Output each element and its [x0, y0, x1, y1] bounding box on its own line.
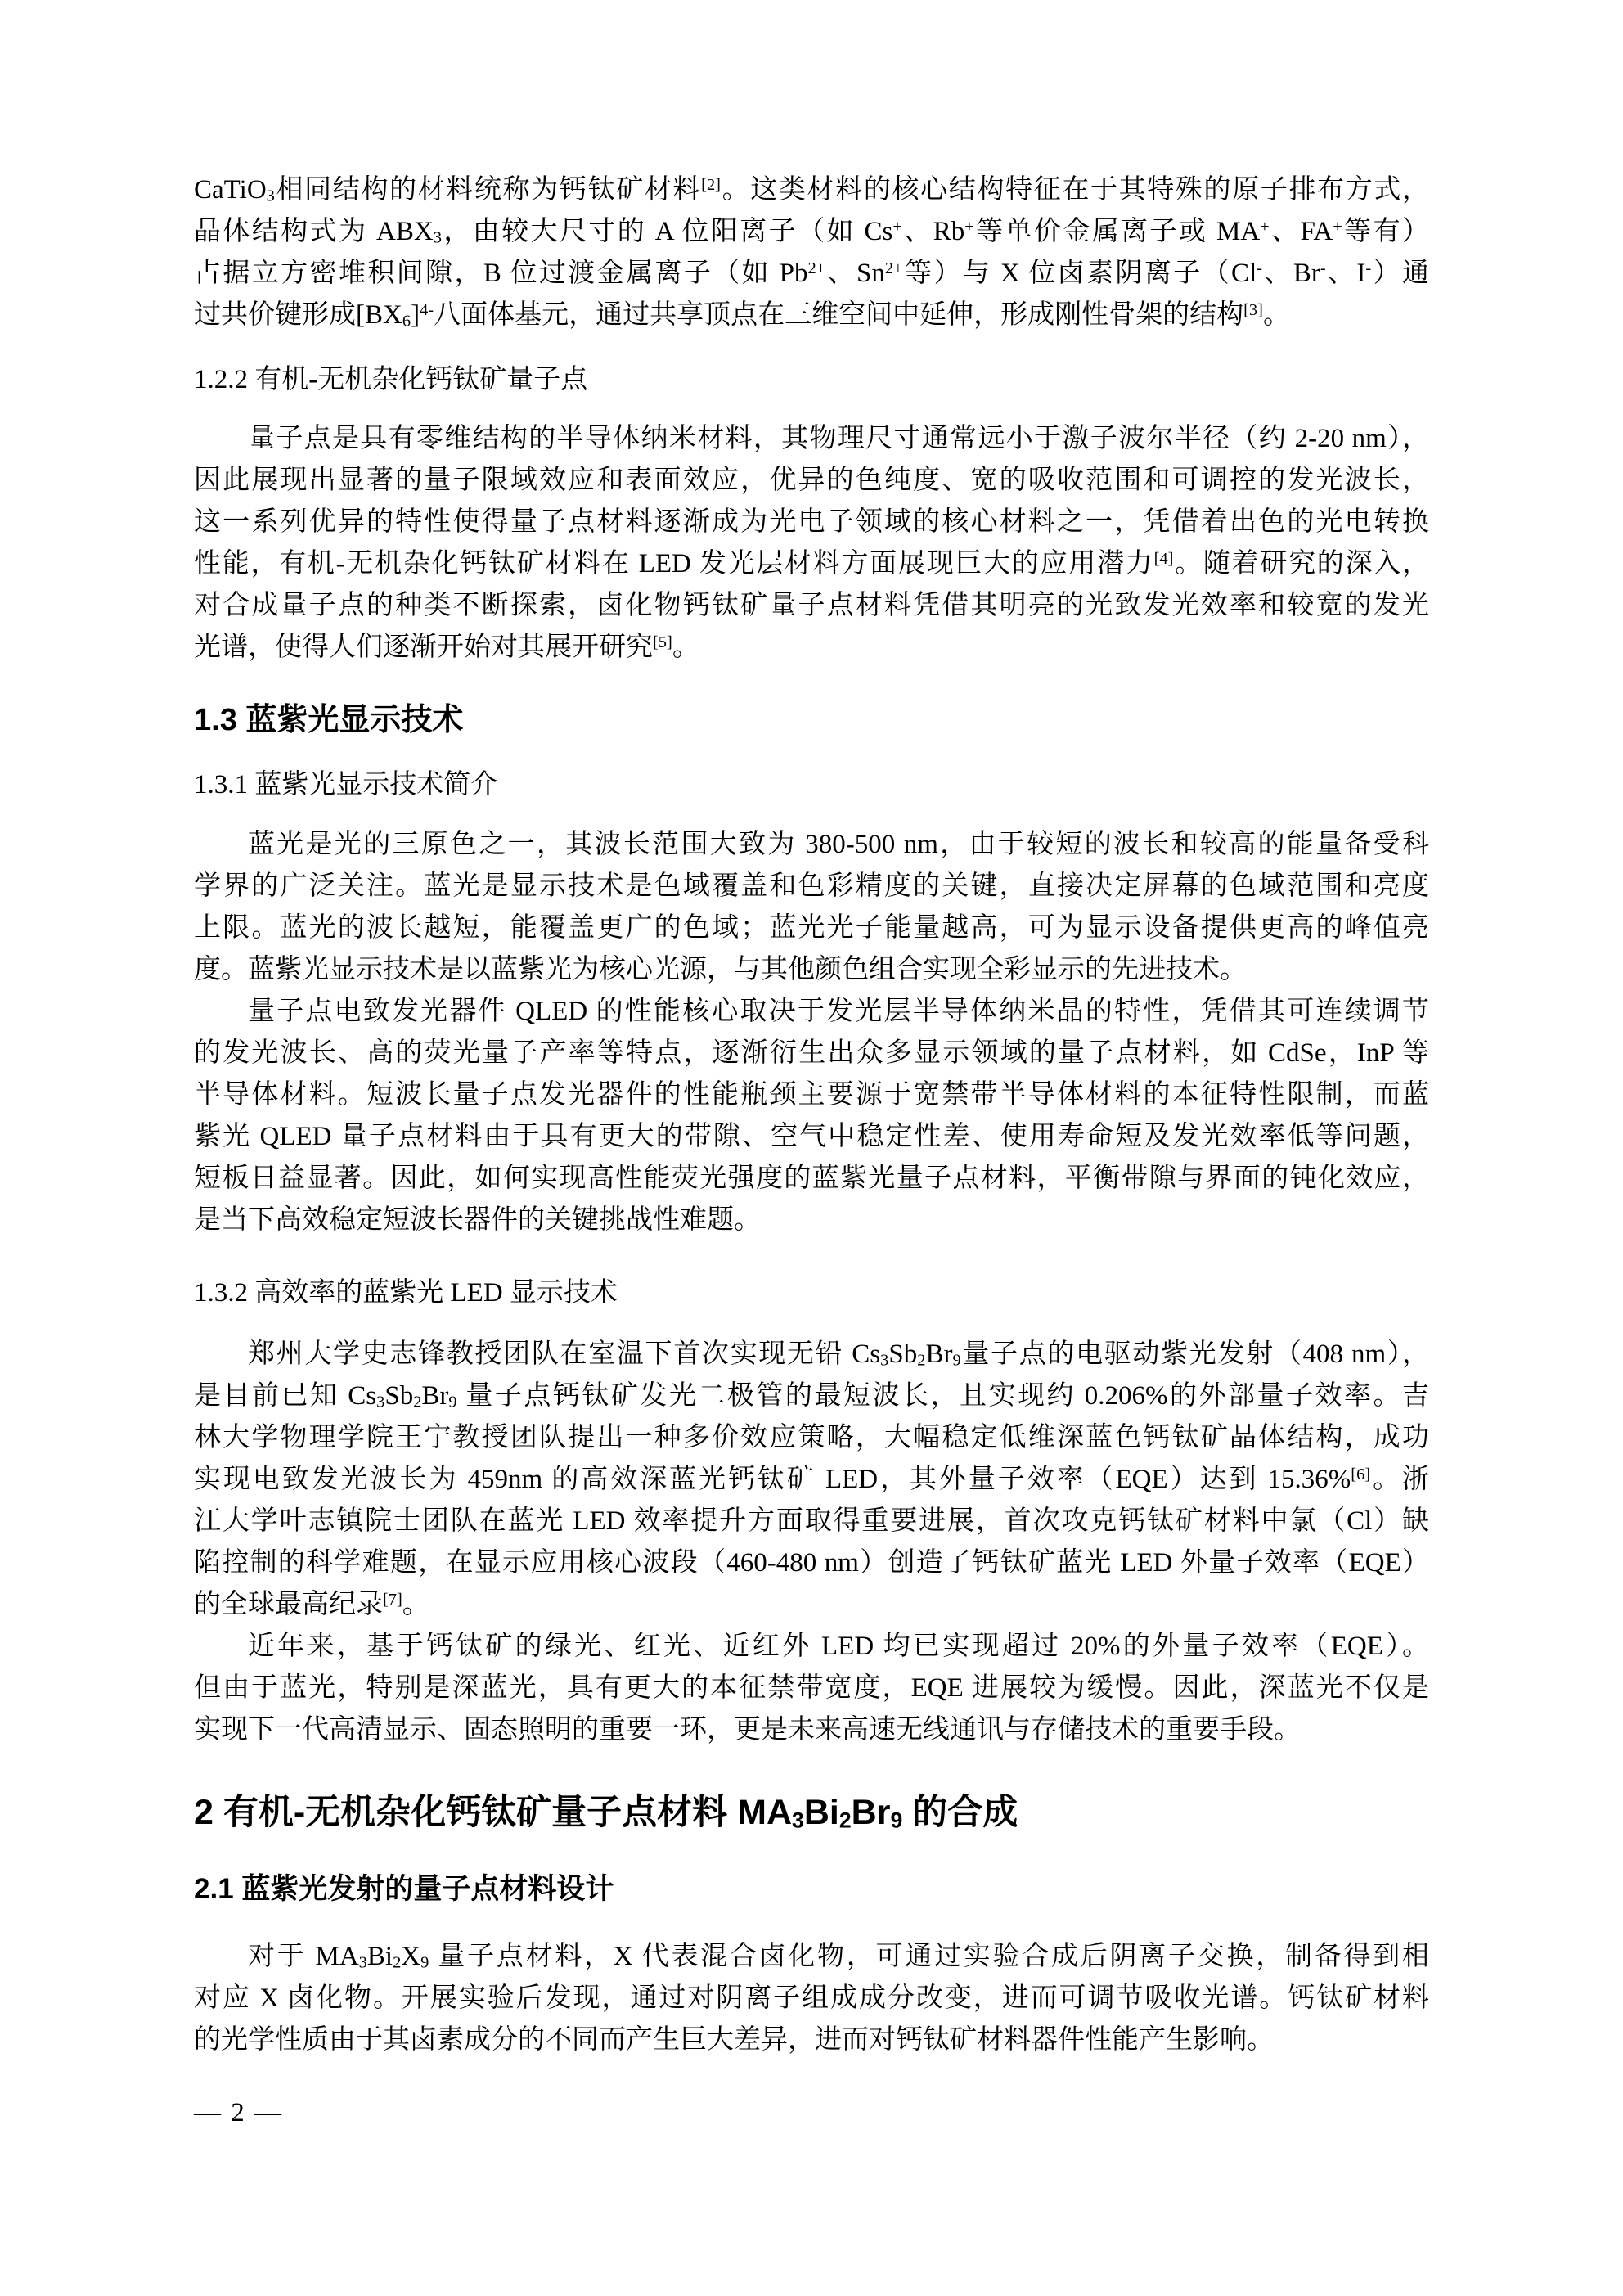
heading-1-2-2: 1.2.2 有机-无机杂化钙钛矿量子点: [194, 359, 1429, 401]
heading-2: 2 有机-无机杂化钙钛矿量子点材料 MA3Bi2Br9 的合成: [194, 1787, 1429, 1838]
document-page: CaTiO3相同结构的材料统称为钙钛矿材料[2]。这类材料的核心结构特征在于其特…: [0, 0, 1623, 2296]
heading-1-3: 1.3 蓝紫光显示技术: [194, 697, 1429, 743]
text-line: 对应 X 卤化物。开展实验后发现，通过对阴离子组成成分改变，进而可调节吸收光谱。…: [194, 1978, 1429, 2019]
text-line: 量子点是具有零维结构的半导体纳米材料，其物理尺寸通常远小于激子波尔半径（约 2-…: [194, 418, 1429, 460]
heading-2-1: 2.1 蓝紫光发射的量子点材料设计: [194, 1867, 1429, 1911]
text-line: 短板日益显著。因此，如何实现高性能荧光强度的蓝紫光量子点材料，平衡带隙与界面的钝…: [194, 1158, 1429, 1200]
text-line: 对合成量子点的种类不断探索，卤化物钙钛矿量子点材料凭借其明亮的光致发光效率和较宽…: [194, 585, 1429, 627]
text-line: 实现下一代高清显示、固态照明的重要一环，更是未来高速无线通讯与存储技术的重要手段…: [194, 1709, 1429, 1751]
page-number: — 2 —: [194, 2091, 1429, 2135]
text-line: 江大学叶志镇院士团队在蓝光 LED 效率提升方面取得重要进展，首次攻克钙钛矿材料…: [194, 1501, 1429, 1542]
text-line: 郑州大学史志锋教授团队在室温下首次实现无铅 Cs3Sb2Br9量子点的电驱动紫光…: [194, 1334, 1429, 1375]
text-line: 对于 MA3Bi2X9 量子点材料，X 代表混合卤化物，可通过实验合成后阴离子交…: [194, 1936, 1429, 1978]
paragraph-qled-performance: 量子点电致发光器件 QLED 的性能核心取决于发光层半导体纳米晶的特性，凭借其可…: [194, 991, 1429, 1241]
text-line: 但由于蓝光，特别是深蓝光，具有更大的本征禁带宽度，EQE 进展较为缓慢。因此，深…: [194, 1668, 1429, 1709]
heading-1-3-1: 1.3.1 蓝紫光显示技术简介: [194, 764, 1429, 806]
text-line: 半导体材料。短波长量子点发光器件的性能瓶颈主要源于宽禁带半导体材料的本征特性限制…: [194, 1074, 1429, 1116]
paragraph-perovskite-structure: CaTiO3相同结构的材料统称为钙钛矿材料[2]。这类材料的核心结构特征在于其特…: [194, 169, 1429, 336]
text-line: 量子点电致发光器件 QLED 的性能核心取决于发光层半导体纳米晶的特性，凭借其可…: [194, 991, 1429, 1033]
text-line: 林大学物理学院王宁教授团队提出一种多价效应策略，大幅稳定低维深蓝色钙钛矿晶体结构…: [194, 1417, 1429, 1459]
text-line: 近年来，基于钙钛矿的绿光、红光、近红外 LED 均已实现超过 20%的外量子效率…: [194, 1626, 1429, 1668]
text-line: 蓝光是光的三原色之一，其波长范围大致为 380-500 nm，由于较短的波长和较…: [194, 824, 1429, 866]
text-line: 的全球最高纪录[7]。: [194, 1584, 1429, 1626]
text-line: 实现电致发光波长为 459nm 的高效深蓝光钙钛矿 LED，其外量子效率（EQE…: [194, 1459, 1429, 1501]
paragraph-blue-light-intro: 蓝光是光的三原色之一，其波长范围大致为 380-500 nm，由于较短的波长和较…: [194, 824, 1429, 991]
text-line: 陷控制的科学难题，在显示应用核心波段（460-480 nm）创造了钙钛矿蓝光 L…: [194, 1542, 1429, 1584]
text-line: 紫光 QLED 量子点材料由于具有更大的带隙、空气中稳定性差、使用寿命短及发光效…: [194, 1116, 1429, 1158]
paragraph-material-design: 对于 MA3Bi2X9 量子点材料，X 代表混合卤化物，可通过实验合成后阴离子交…: [194, 1936, 1429, 2061]
text-line: 上限。蓝光的波长越短，能覆盖更广的色域；蓝光光子能量越高，可为显示设备提供更高的…: [194, 907, 1429, 949]
heading-1-3-2: 1.3.2 高效率的蓝紫光 LED 显示技术: [194, 1272, 1429, 1314]
text-line: 占据立方密堆积间隙，B 位过渡金属离子（如 Pb2+、Sn2+等）与 X 位卤素…: [194, 253, 1429, 295]
text-line: 因此展现出显著的量子限域效应和表面效应，优异的色纯度、宽的吸收范围和可调控的发光…: [194, 460, 1429, 502]
text-line: 是当下高效稳定短波长器件的关键挑战性难题。: [194, 1200, 1429, 1241]
text-line: 晶体结构式为 ABX3，由较大尺寸的 A 位阳离子（如 Cs+、Rb+等单价金属…: [194, 211, 1429, 253]
text-line: 度。蓝紫光显示技术是以蓝紫光为核心光源，与其他颜色组合实现全彩显示的先进技术。: [194, 949, 1429, 991]
text-line: 光谱，使得人们逐渐开始对其展开研究[5]。: [194, 627, 1429, 669]
text-line: 学界的广泛关注。蓝光是显示技术是色域覆盖和色彩精度的关键，直接决定屏幕的色域范围…: [194, 866, 1429, 907]
paragraph-led-research-progress: 郑州大学史志锋教授团队在室温下首次实现无铅 Cs3Sb2Br9量子点的电驱动紫光…: [194, 1334, 1429, 1626]
text-line: 的发光波长、高的荧光量子产率等特点，逐渐衍生出众多显示领域的量子点材料，如 Cd…: [194, 1033, 1429, 1074]
text-line: 性能，有机-无机杂化钙钛矿材料在 LED 发光层材料方面展现巨大的应用潜力[4]…: [194, 543, 1429, 585]
text-line: CaTiO3相同结构的材料统称为钙钛矿材料[2]。这类材料的核心结构特征在于其特…: [194, 169, 1429, 211]
text-line: 的光学性质由于其卤素成分的不同而产生巨大差异，进而对钙钛矿材料器件性能产生影响。: [194, 2019, 1429, 2061]
text-line: 过共价键形成[BX6]4-八面体基元，通过共享顶点在三维空间中延伸，形成刚性骨架…: [194, 295, 1429, 336]
paragraph-quantum-dots-intro: 量子点是具有零维结构的半导体纳米材料，其物理尺寸通常远小于激子波尔半径（约 2-…: [194, 418, 1429, 669]
text-line: 这一系列优异的特性使得量子点材料逐渐成为光电子领域的核心材料之一，凭借着出色的光…: [194, 502, 1429, 543]
text-line: 是目前已知 Cs3Sb2Br9 量子点钙钛矿发光二极管的最短波长，且实现约 0.…: [194, 1375, 1429, 1417]
paragraph-eqe-summary: 近年来，基于钙钛矿的绿光、红光、近红外 LED 均已实现超过 20%的外量子效率…: [194, 1626, 1429, 1751]
